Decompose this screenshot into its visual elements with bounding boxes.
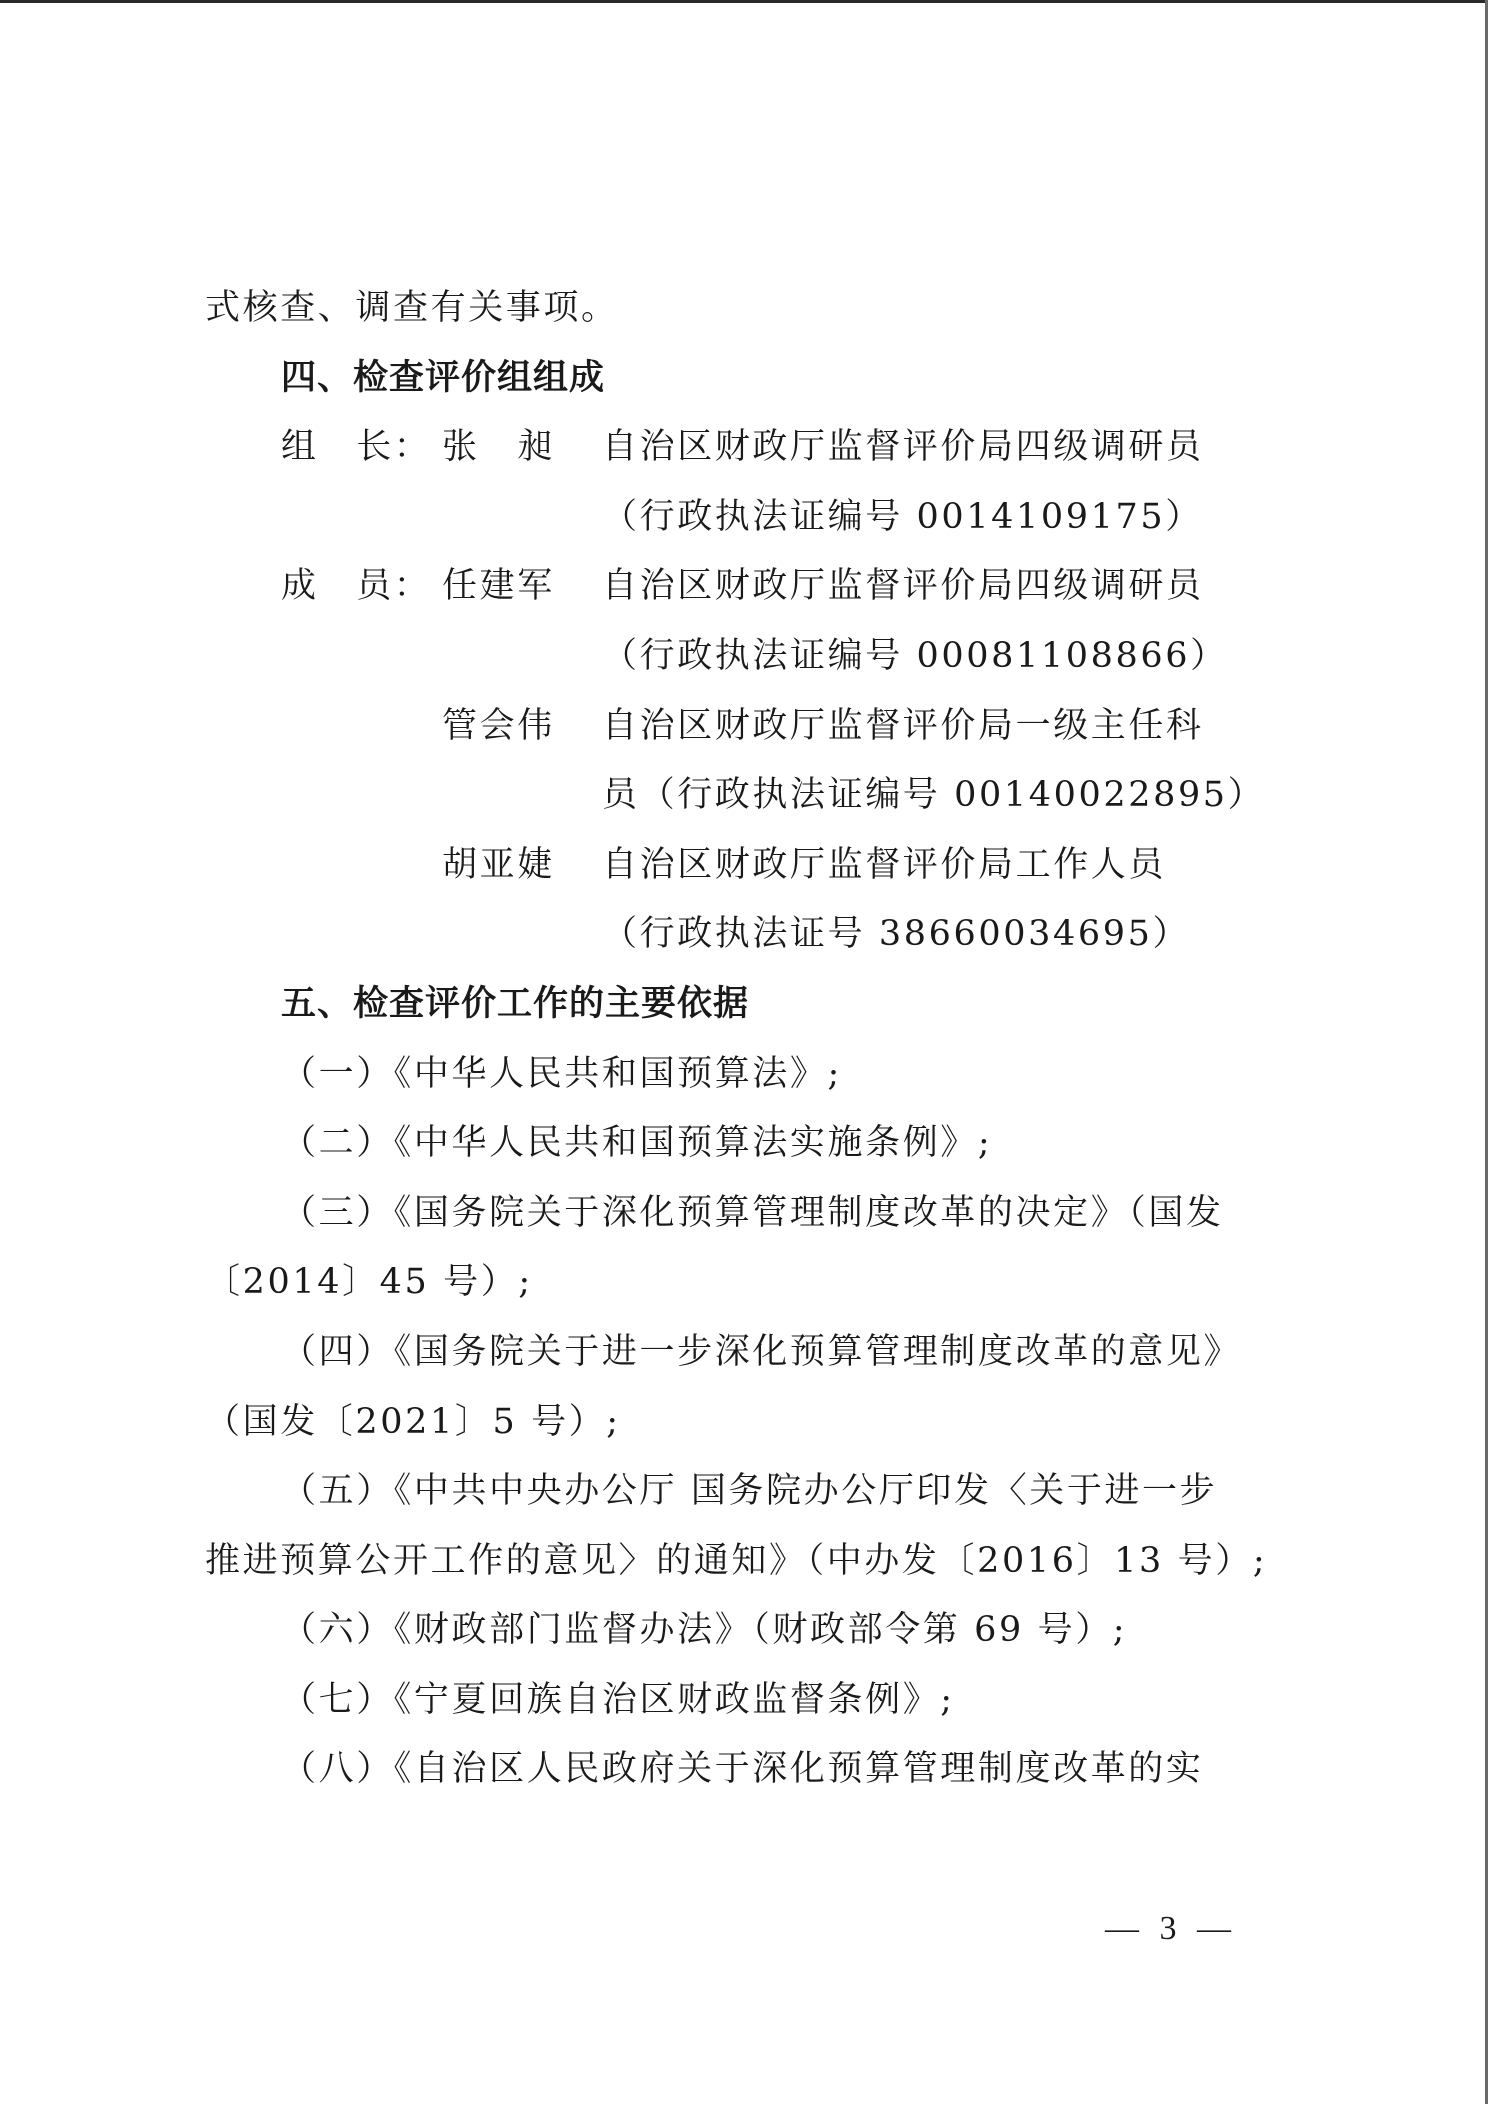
leader-cert: （行政执法证编号 0014109175） — [205, 492, 1265, 562]
basis-item-continuation: （国发〔2021〕5 号）; — [205, 1397, 1265, 1467]
member-name: 管会伟 — [442, 701, 602, 771]
leader-role-label: 组 长： — [281, 422, 442, 492]
continuation-line: 式核查、调查有关事项。 — [205, 283, 1265, 353]
member-row: 管会伟 自治区财政厅监督评价局一级主任科 — [205, 701, 1265, 771]
document-body: 式核查、调查有关事项。 四、检查评价组组成 组 长： 张 昶 自治区财政厅监督评… — [205, 283, 1265, 1814]
basis-item-continuation: 推进预算公开工作的意见〉的通知》（中办发〔2016〕13 号）; — [205, 1536, 1265, 1606]
members-role-label: 成 员： — [281, 561, 442, 631]
basis-item: （三）《国务院关于深化预算管理制度改革的决定》（国发 — [205, 1188, 1265, 1258]
member-row: 成 员： 任建军 自治区财政厅监督评价局四级调研员 — [205, 561, 1265, 631]
member-title: 自治区财政厅监督评价局四级调研员 — [602, 561, 1204, 631]
leader-row: 组 长： 张 昶 自治区财政厅监督评价局四级调研员 — [205, 422, 1265, 492]
member-cert: （行政执法证号 38660034695） — [205, 909, 1265, 979]
basis-item: （七）《宁夏回族自治区财政监督条例》; — [205, 1675, 1265, 1745]
page-top-edge — [0, 0, 1488, 3]
leader-name: 张 昶 — [442, 422, 602, 492]
member-row: 胡亚婕 自治区财政厅监督评价局工作人员 — [205, 840, 1265, 910]
section-5-heading: 五、检查评价工作的主要依据 — [205, 979, 1265, 1049]
page-number: — 3 — — [1105, 1910, 1237, 1948]
member-cert: 员（行政执法证编号 00140022895） — [205, 770, 1265, 840]
member-name: 任建军 — [442, 561, 602, 631]
member-title: 自治区财政厅监督评价局工作人员 — [602, 840, 1166, 910]
basis-item: （一）《中华人民共和国预算法》; — [205, 1049, 1265, 1119]
section-4-heading: 四、检查评价组组成 — [205, 353, 1265, 423]
basis-item: （八）《自治区人民政府关于深化预算管理制度改革的实 — [205, 1744, 1265, 1814]
member-title: 自治区财政厅监督评价局一级主任科 — [602, 701, 1204, 771]
member-name: 胡亚婕 — [442, 840, 602, 910]
basis-item: （六）《财政部门监督办法》（财政部令第 69 号）; — [205, 1605, 1265, 1675]
basis-item: （二）《中华人民共和国预算法实施条例》; — [205, 1118, 1265, 1188]
member-cert: （行政执法证编号 00081108866） — [205, 631, 1265, 701]
leader-title: 自治区财政厅监督评价局四级调研员 — [602, 422, 1204, 492]
basis-item-continuation: 〔2014〕45 号）; — [205, 1257, 1265, 1327]
basis-item: （四）《国务院关于进一步深化预算管理制度改革的意见》 — [205, 1327, 1265, 1397]
basis-item: （五）《中共中央办公厅 国务院办公厅印发〈关于进一步 — [205, 1466, 1265, 1536]
